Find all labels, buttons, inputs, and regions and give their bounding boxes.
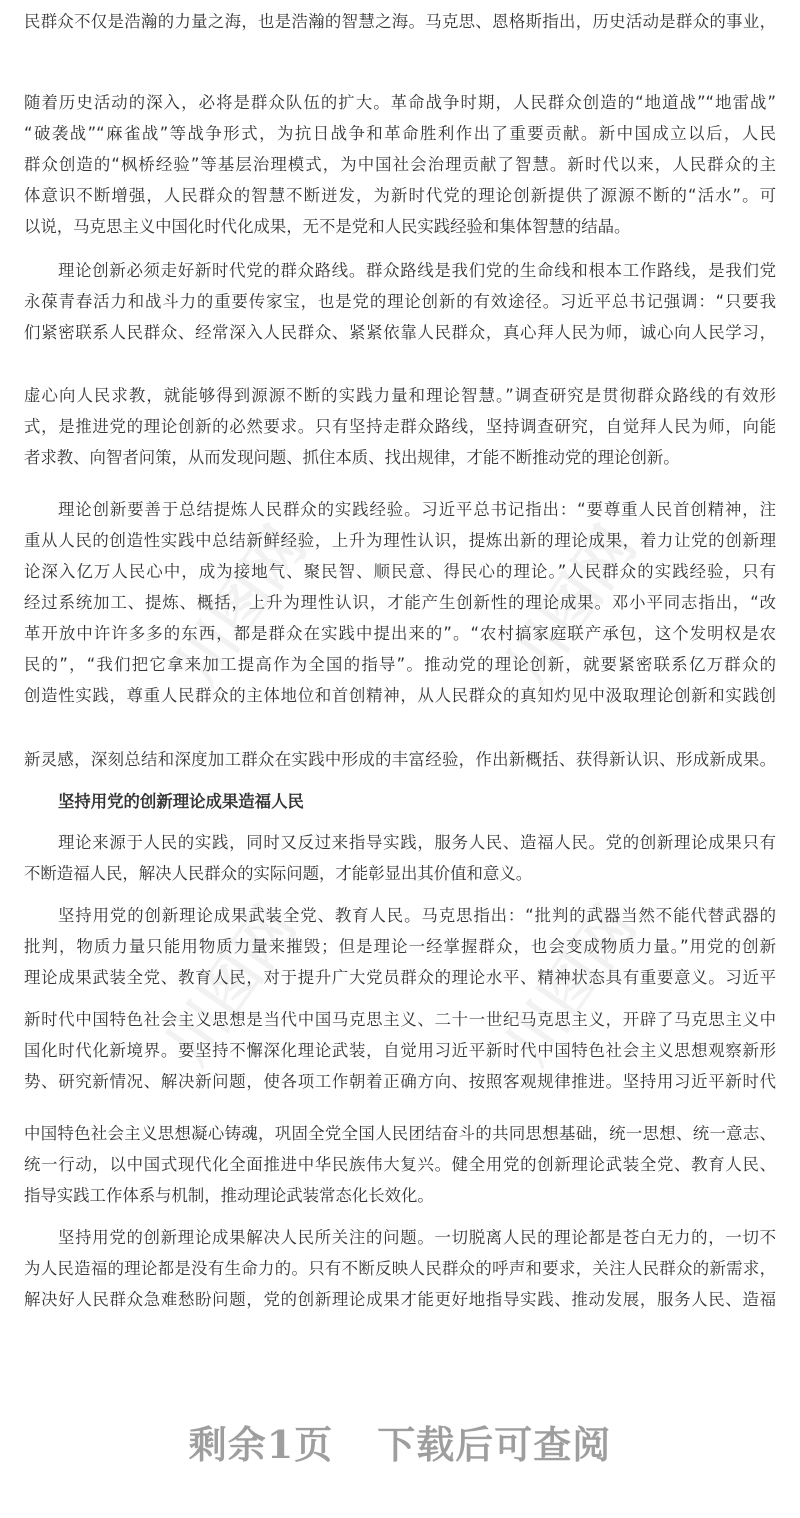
remaining-pages-notice[interactable]: 剩余1页下载后可查阅	[0, 1414, 800, 1469]
text-line: 革开放中许许多多的东西，都是群众在实践中提出来的”。“农村搞家庭联产承包，这个发…	[24, 623, 776, 645]
text-line: 理论创新必须走好新时代党的群众路线。群众路线是我们党的生命线和根本工作路线，是我…	[24, 260, 776, 282]
download-to-view-label: 下载后可查阅	[377, 1414, 611, 1469]
pages-left-label: 剩余1页	[189, 1414, 333, 1469]
text-line: 解决好人民群众急难愁盼问题，党的创新理论成果才能更好地指导实践、推动发展，服务人…	[24, 1289, 776, 1311]
text-line: 随着历史活动的深入，必将是群众队伍的扩大。革命战争时期，人民群众创造的“地道战”…	[24, 92, 776, 114]
text-line: 们紧密联系人民群众、经常深入人民群众、紧紧依靠人民群众，真心拜人民为师，诚心向人…	[24, 322, 776, 344]
text-line: 势、研究新情况、解决新问题，使各项工作朝着正确方向、按照客观规律推进。坚持用习近…	[24, 1071, 776, 1093]
text-line: 创造性实践，尊重人民群众的主体地位和首创精神，从人民群众的真知灼见中汲取理论创新…	[24, 685, 776, 707]
text-line: 经过系统加工、提炼、概括，上升为理性认识，才能产生创新性的理论成果。邓小平同志指…	[24, 592, 776, 614]
text-line: 民的”，“我们把它拿来加工提高作为全国的指导”。推动党的理论创新，就要紧密联系亿…	[24, 654, 776, 676]
text-line: 新时代中国特色社会主义思想是当代中国马克思主义、二十一世纪马克思主义，开辟了马克…	[24, 1009, 776, 1031]
text-line: 新灵感，深刻总结和深度加工群众在实践中形成的丰富经验，作出新概括、获得新认识、形…	[24, 749, 776, 771]
text-line: 体意识不断增强，人民群众的智慧不断迸发，为新时代党的理论创新提供了源源不断的“活…	[24, 185, 776, 207]
text-line: 为人民造福的理论都是没有生命力的。只有不断反映人民群众的呼声和要求，关注人民群众…	[24, 1258, 776, 1280]
text-line: 以说，马克思主义中国化时代化成果，无不是党和人民实践经验和集体智慧的结晶。	[24, 216, 776, 238]
text-line: 中国特色社会主义思想凝心铸魂，巩固全党全国人民团结奋斗的共同思想基础，统一思想、…	[24, 1123, 776, 1145]
text-line: “破袭战”“麻雀战”等战争形式，为抗日战争和革命胜利作出了重要贡献。新中国成立以…	[24, 123, 776, 145]
text-line: 虚心向人民求教，就能够得到源源不断的实践力量和理论智慧。”调查研究是贯彻群众路线…	[24, 385, 776, 407]
text-line: 者求教、向智者问策，从而发现问题、抓住本质、找出规律，才能不断推动党的理论创新。	[24, 447, 776, 469]
text-line: 坚持用党的创新理论成果武装全党、教育人民。马克思指出：“批判的武器当然不能代替武…	[24, 905, 776, 927]
text-line: 批判，物质力量只能用物质力量来摧毁；但是理论一经掌握群众，也会变成物质力量。”用…	[24, 936, 776, 958]
text-line: 重从人民的创造性实践中总结新鲜经验，上升为理性认识，提炼出新的理论成果，着力让党…	[24, 530, 776, 552]
text-line: 群众创造的“枫桥经验”等基层治理模式，为中国社会治理贡献了智慧。新时代以来，人民…	[24, 154, 776, 176]
text-line: 民群众不仅是浩瀚的力量之海，也是浩瀚的智慧之海。马克思、恩格斯指出，历史活动是群…	[24, 11, 776, 33]
text-line: 国化时代化新境界。要坚持不懈深化理论武装，自觉用习近平新时代中国特色社会主义思想…	[24, 1040, 776, 1062]
text-line: 论深入亿万人民心中，成为接地气、聚民智、顺民意、得民心的理论。”人民群众的实践经…	[24, 561, 776, 583]
text-line: 理论成果武装全党、教育人民，对于提升广大党员群众的理论水平、精神状态具有重要意义…	[24, 967, 776, 989]
text-line: 统一行动，以中国式现代化全面推进中华民族伟大复兴。健全用党的创新理论武装全党、教…	[24, 1154, 776, 1176]
text-line: 不断造福人民，解决人民群众的实际问题，才能彰显出其价值和意义。	[24, 863, 776, 885]
section-heading: 坚持用党的创新理论成果造福人民	[24, 791, 776, 813]
text-line: 坚持用党的创新理论成果解决人民所关注的问题。一切脱离人民的理论都是苍白无力的，一…	[24, 1227, 776, 1249]
text-line: 理论来源于人民的实践，同时又反过来指导实践，服务人民、造福人民。党的创新理论成果…	[24, 832, 776, 854]
text-line: 指导实践工作体系与机制，推动理论武装常态化长效化。	[24, 1185, 776, 1207]
text-line: 永葆青春活力和战斗力的重要传家宝，也是党的理论创新的有效途径。习近平总书记强调：…	[24, 291, 776, 313]
text-line: 理论创新要善于总结提炼人民群众的实践经验。习近平总书记指出：“要尊重人民首创精神…	[24, 499, 776, 521]
text-line: 式，是推进党的理论创新的必然要求。只有坚持走群众路线，坚持调查研究，自觉拜人民为…	[24, 416, 776, 438]
